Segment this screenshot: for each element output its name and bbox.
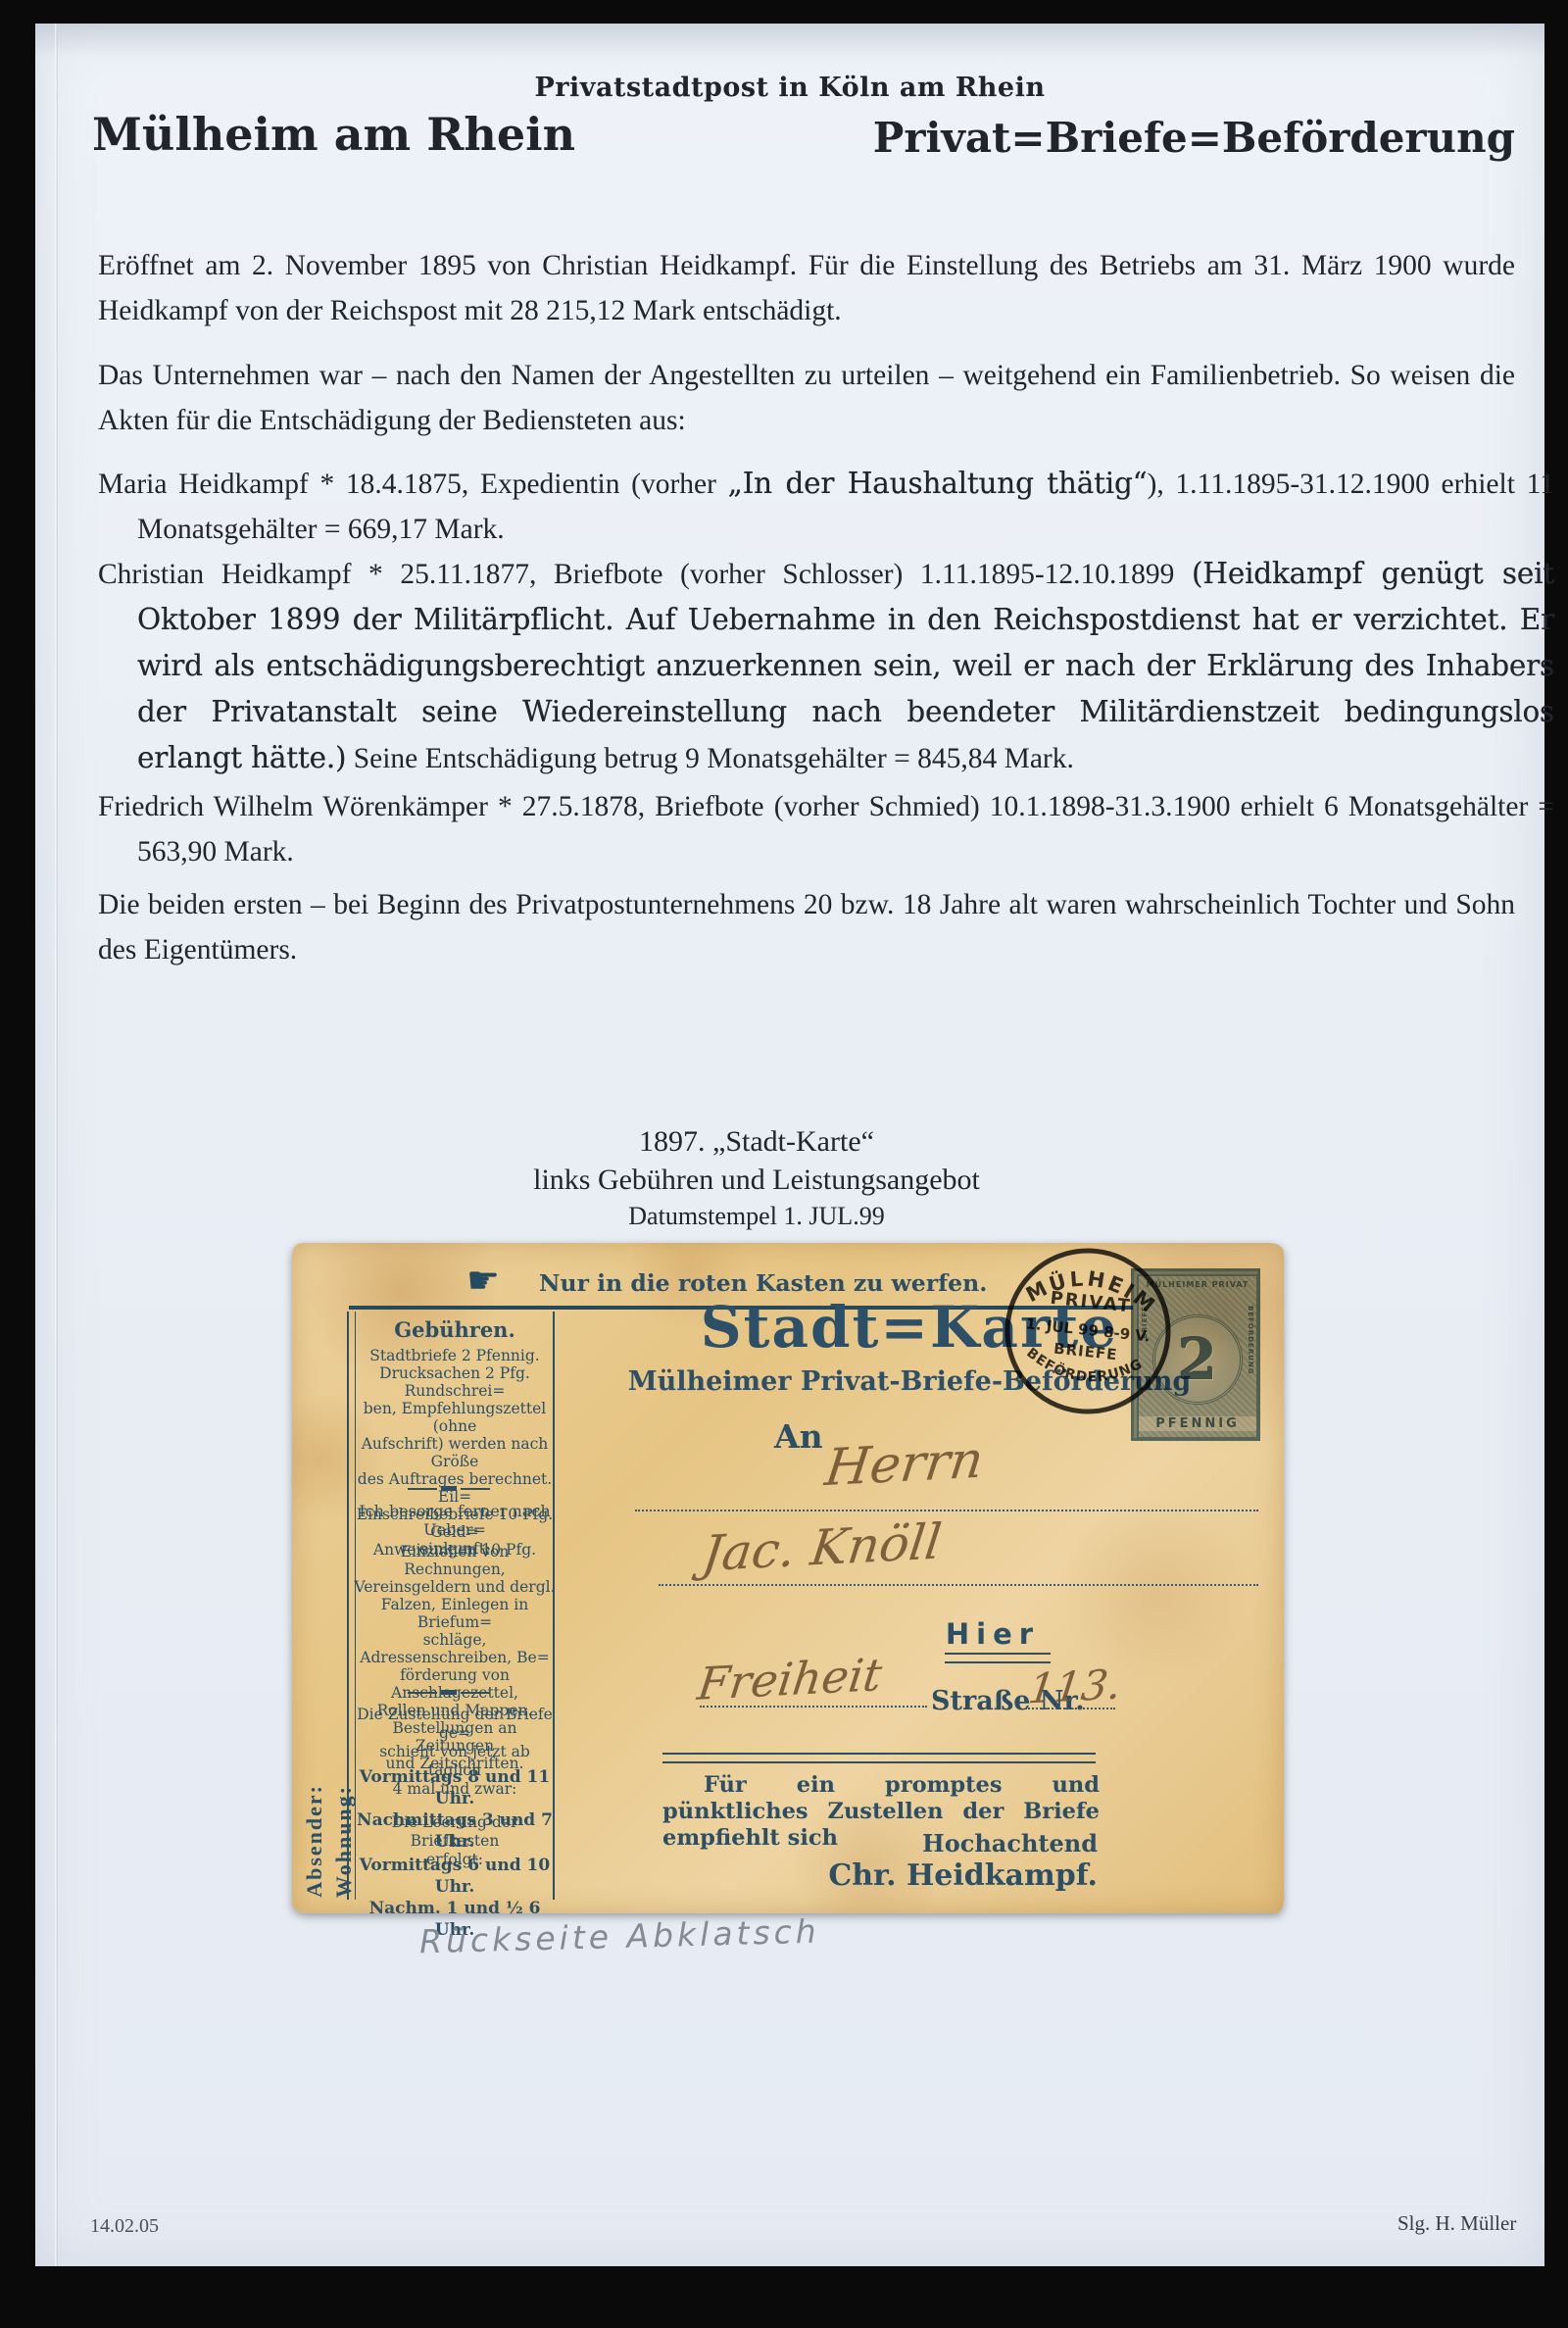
page-title-right: Privat=Briefe=Beförderung [873, 114, 1515, 162]
text-fraktur-quote: „In der Haushaltung thätig“ [728, 467, 1148, 500]
closing-signature: Chr. Heidkampf. [782, 1858, 1098, 1893]
an-label: An [774, 1417, 823, 1456]
text-roman: Maria Heidkampf * 18.4.1875, Expedientin… [98, 469, 728, 500]
stamp-value: 2 [1178, 1326, 1217, 1393]
sender-label: Absender: [302, 1784, 327, 1898]
red-boxes-banner: Nur in die roten Kasten zu werfen. [539, 1269, 987, 1297]
album-page-photo: Privatstadtpost in Köln am Rhein Mülheim… [0, 0, 1568, 2328]
caption-datestamp: Datumstempel 1. JUL.99 [35, 1202, 1478, 1231]
text-roman: Christian Heidkampf * 25.11.1877, Briefb… [98, 559, 1192, 590]
handwritten-name: Jac. Knöll [699, 1513, 944, 1583]
paragraph-woerenkaemper: Friedrich Wilhelm Wörenkämper * 27.5.187… [98, 784, 1554, 874]
circular-postmark: MÜLHEIM PRIVAT 1. JUL 99 8-9 V. BRIEFE B… [991, 1234, 1185, 1428]
street-dotted-line [700, 1706, 927, 1708]
caption-title: 1897. „Stadt-Karte“ [35, 1125, 1478, 1159]
address-dotted-line [635, 1510, 1258, 1511]
fees-title: Gebühren. [363, 1317, 547, 1342]
collection-header: Privatstadtpost in Köln am Rhein [35, 73, 1544, 103]
caption-subtitle: links Gebühren und Leistungsangebot [35, 1164, 1478, 1197]
closing-salute: Hochachtend [782, 1829, 1143, 1857]
postmark-briefe: BRIEFE [1053, 1340, 1118, 1364]
paragraph-christian-heidkampf: Christian Heidkampf * 25.11.1877, Briefb… [98, 551, 1554, 781]
section-divider-ornament [408, 1486, 490, 1491]
residence-label: Wohnung: [331, 1785, 357, 1898]
postmark-date: 1. JUL 99 8-9 V. [1025, 1314, 1151, 1345]
section-divider-ornament [408, 1690, 490, 1695]
footer-collection-credit: Slg. H. Müller [1397, 2211, 1516, 2236]
hier-underline [945, 1653, 1051, 1663]
closing-separator-rule [662, 1753, 1096, 1763]
manicule-icon: ☛ [466, 1259, 500, 1303]
paragraph-maria-heidkampf: Maria Heidkampf * 18.4.1875, Expedientin… [98, 461, 1554, 552]
sleeve-top-edge [35, 24, 1544, 57]
album-sheet: Privatstadtpost in Köln am Rhein Mülheim… [35, 24, 1544, 2266]
paragraph-family-business: Das Unternehmen war – nach den Namen der… [98, 353, 1515, 443]
city-hier: Hier [919, 1617, 1066, 1651]
street-number-dotted-line [1025, 1708, 1115, 1709]
handwritten-herrn: Herrn [822, 1431, 987, 1498]
handwritten-street-number: 113. [1026, 1660, 1124, 1713]
paragraph-children: Die beiden ersten – bei Beginn des Priva… [98, 882, 1515, 972]
paragraph-founding: Eröffnet am 2. November 1895 von Christi… [98, 243, 1515, 333]
handwritten-street: Freiheit [695, 1648, 885, 1710]
address-dotted-line [659, 1584, 1258, 1586]
stadt-karte-postcard: ☛ Nur in die roten Kasten zu werfen. Geb… [292, 1243, 1284, 1913]
text-roman: Seine Entschädigung betrug 9 Monatsgehäl… [346, 743, 1074, 774]
page-title-left: Mülheim am Rhein [92, 108, 575, 161]
stamp-right-text: BEFÖRDERUNG [1247, 1306, 1254, 1375]
footer-date-code: 14.02.05 [90, 2215, 159, 2238]
